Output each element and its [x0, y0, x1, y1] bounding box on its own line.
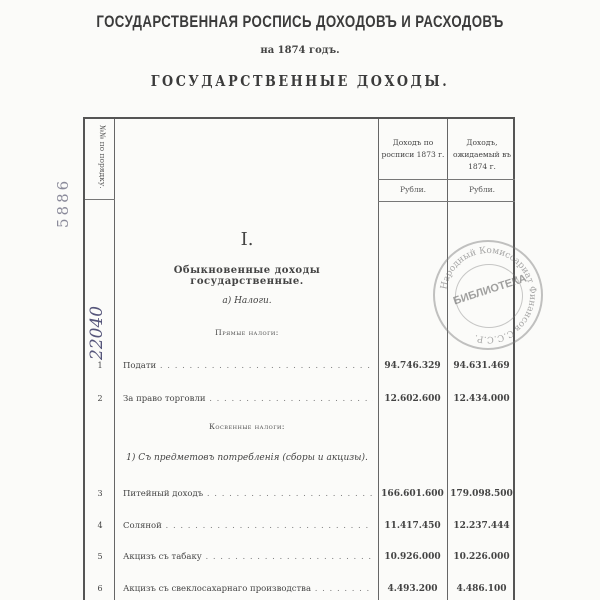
group-direct-taxes: Прямые налоги: [115, 328, 379, 337]
value-1873: 10.926.000 [379, 552, 446, 562]
row-number: 5 [85, 552, 115, 561]
row-label: За право торговли [123, 394, 373, 404]
value-1874: 12.434.000 [448, 394, 515, 404]
subgroup-consumption: 1) Съ предметовъ потребленія (сборы и ак… [115, 453, 379, 463]
library-stamp: Народный Комиссариат Финансов С.С.С.Р. Б… [433, 240, 543, 350]
row-label: Акцизъ съ свеклосахарнаго производства [123, 584, 373, 594]
table-row: 5Акцизъ съ табаку10.926.00010.226.000 [85, 552, 517, 568]
value-1874: 4.486.100 [448, 584, 515, 594]
row-number: 6 [85, 584, 115, 593]
value-1873: 4.493.200 [379, 584, 446, 594]
handwritten-scribble: 22040 [87, 306, 107, 360]
col-header-1873: Доходъ по росписи 1873 г. [381, 137, 445, 161]
row-number: 3 [85, 489, 115, 498]
unit-divider [378, 201, 515, 202]
subsection-taxes: а) Налоги. [115, 296, 379, 306]
handwritten-margin-note: 5886 [54, 178, 72, 228]
col-unit-1873: Рубли. [379, 185, 447, 194]
value-1874: 179.098.500 [448, 489, 515, 499]
document-subtitle: ГОСУДАРСТВЕННЫЕ ДОХОДЫ. [45, 72, 555, 90]
row-label: Подати [123, 361, 373, 371]
row-label: Акцизъ съ табаку [123, 552, 373, 562]
row-number: 4 [85, 521, 115, 530]
row-number: 1 [85, 361, 115, 370]
row-label: Соляной [123, 521, 373, 531]
document-title: ГОСУДАРСТВЕННАЯ РОСПИСЬ ДОХОДОВЪ И РАСХО… [66, 12, 534, 32]
value-1873: 12.602.600 [379, 394, 446, 404]
section-title: Обыкновенные доходы государственные. [115, 265, 379, 287]
header-divider [378, 179, 515, 180]
value-1874: 12.237.444 [448, 521, 515, 531]
value-1873: 11.417.450 [379, 521, 446, 531]
col-unit-1874: Рубли. [448, 185, 516, 194]
group-indirect-taxes: Косвенные налоги: [115, 422, 379, 431]
row-label: Питейный доходъ [123, 489, 373, 499]
value-1874: 10.226.000 [448, 552, 515, 562]
revenue-table: №№ по порядку. Доходъ по росписи 1873 г.… [83, 117, 515, 600]
value-1874: 94.631.469 [448, 361, 515, 371]
num-header-divider [85, 199, 115, 200]
num-column-header: №№ по порядку. [85, 119, 115, 199]
table-row: 4Соляной11.417.45012.237.444 [85, 521, 517, 537]
value-1873: 94.746.329 [379, 361, 446, 371]
table-row: 3Питейный доходъ166.601.600179.098.500 [85, 489, 517, 505]
document-year: на 1874 годъ. [0, 45, 600, 56]
table-row: 2За право торговли12.602.60012.434.000 [85, 394, 517, 410]
value-1873: 166.601.600 [379, 489, 446, 499]
table-row: 1Подати94.746.32994.631.469 [85, 361, 517, 377]
row-number: 2 [85, 394, 115, 403]
col-header-1874: Доходъ, ожидаемый въ 1874 г. [450, 137, 514, 173]
table-row: 6Акцизъ съ свеклосахарнаго производства4… [85, 584, 517, 600]
section-number: I. [115, 229, 379, 250]
